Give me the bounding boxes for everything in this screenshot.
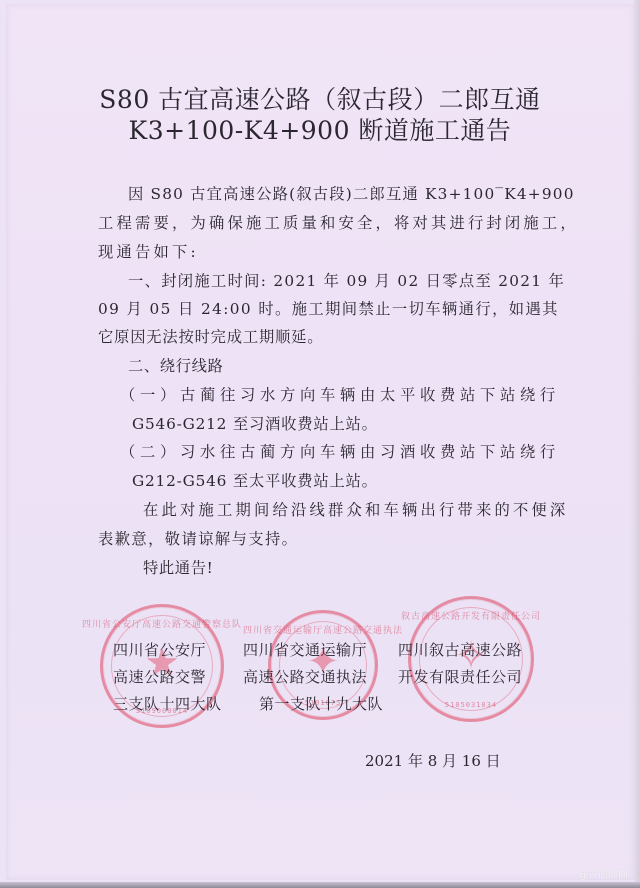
signatory-transport: 四川省交通运输厅 高速公路交通执法 第一支队十九大队: [243, 637, 383, 718]
seal-ring-text: 四川省公安厅高速公路交通警察总队: [82, 617, 242, 630]
route2-line-1: （二）习水往古蔺方向车辆由习酒收费站下站绕行: [120, 441, 580, 463]
route1-line-2: G546-G212 至习酒收费站上站。: [132, 413, 592, 435]
document-title-line-2: K3+100-K4+900 断道施工通告: [0, 115, 640, 146]
document-title-line-1: S80 古宜高速公路（叙古段）二郎互通: [0, 84, 640, 115]
section1-line-2: 09 月 05 日 24:00 时。施工期间禁止一切车辆通行，如遇其: [98, 298, 558, 320]
intro-line-3: 现通告如下:: [98, 241, 558, 263]
seal-ring-text: 四川省交通运输厅高速公路交通执法: [243, 623, 403, 636]
signatory-line-3: 三支队十四大队: [113, 691, 222, 718]
intro-line-1: 因 S80 古宜高速公路(叙古段)二郎互通 K3+100‾K4+900: [98, 183, 588, 205]
signatory-line-2: 高速公路交警: [113, 664, 222, 691]
signatory-line-3: 第一支队十九大队: [259, 691, 383, 718]
apology-line-1: 在此对施工期间给沿线群众和车辆出行带来的不便深: [98, 499, 603, 521]
apology-line-2: 表歉意，敬请谅解与支持。: [98, 528, 558, 550]
signatory-line-1: 四川叙古高速公路: [398, 637, 522, 664]
section2-heading: 二、绕行线路: [98, 355, 588, 377]
route1-line-1: （一）古蔺往习水方向车辆由太平收费站下站绕行: [120, 384, 580, 406]
signatory-company: 四川叙古高速公路 开发有限责任公司: [398, 637, 522, 691]
signatory-line-1: 四川省公安厅: [113, 637, 222, 664]
signatory-line-1: 四川省交通运输厅: [243, 637, 383, 664]
section1-line-3: 它原因无法按时完成工期顺延。: [98, 326, 558, 348]
document-date: 2021 年 8 月 16 日: [365, 750, 501, 771]
seal-ring-text: 叙古高速公路开发有限责任公司: [401, 609, 541, 622]
signatory-line-2: 开发有限责任公司: [398, 664, 522, 691]
closing-text: 特此通告!: [98, 557, 603, 579]
route2-line-2: G212-G546 至太平收费站上站。: [132, 470, 592, 492]
seal-code: 5105031034: [445, 701, 497, 709]
page-edge-bottom: [0, 882, 640, 888]
signatory-line-2: 高速公路交通执法: [243, 664, 383, 691]
section1-line-1: 一、封闭施工时间: 2021 年 09 月 02 日零点至 2021 年: [98, 270, 588, 292]
intro-line-2: 工程需要，为确保施工质量和安全，将对其进行封闭施工，: [98, 212, 558, 234]
watermark: @古蔺郎网: [578, 866, 628, 881]
signatory-police: 四川省公安厅 高速公路交警 三支队十四大队: [113, 637, 222, 718]
